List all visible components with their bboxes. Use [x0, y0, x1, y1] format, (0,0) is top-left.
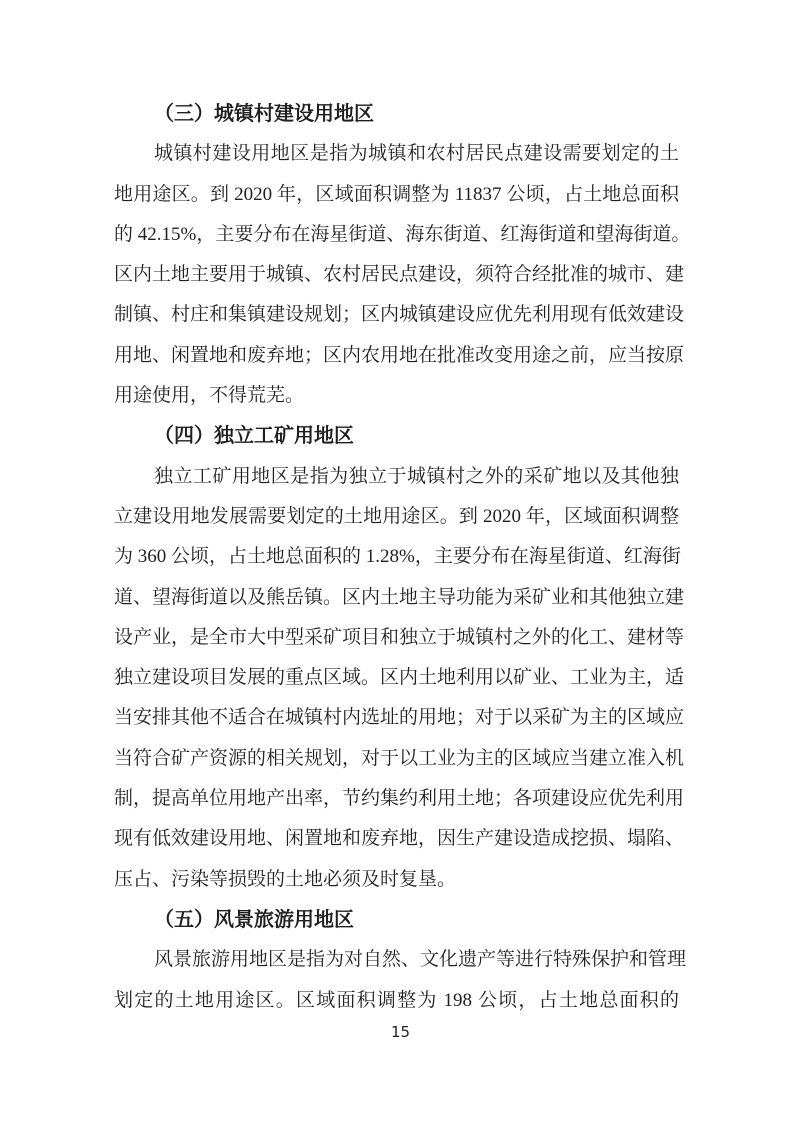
- paragraph-line: 制，提高单位用地产出率，节约集约利用土地；各项建设应优先利用: [114, 779, 679, 819]
- section-heading: （四）独立工矿用地区: [114, 416, 679, 456]
- paragraph-line: 当符合矿产资源的相关规划，对于以工业为主的区域应当建立准入机: [114, 739, 679, 779]
- paragraph-line: 道、望海街道以及熊岳镇。区内土地主导功能为采矿业和其他独立建: [114, 578, 679, 618]
- paragraph-line: 制镇、村庄和集镇建设规划；区内城镇建设应优先利用现有低效建设: [114, 295, 679, 335]
- paragraph-line: 独立工矿用地区是指为独立于城镇村之外的采矿地以及其他独: [114, 457, 679, 497]
- paragraph-line: 现有低效建设用地、闲置地和废弃地，因生产建设造成挖损、塌陷、: [114, 819, 679, 859]
- paragraph-line: 城镇村建设用地区是指为城镇和农村居民点建设需要划定的土: [114, 134, 679, 174]
- paragraph-line: 为 360 公顷，占土地总面积的 1.28%，主要分布在海星街道、红海街: [114, 537, 679, 577]
- paragraph-line: 设产业，是全市大中型采矿项目和独立于城镇村之外的化工、建材等: [114, 618, 679, 658]
- document-content: （三）城镇村建设用地区城镇村建设用地区是指为城镇和农村居民点建设需要划定的土地用…: [114, 94, 679, 1021]
- paragraph-line: 立建设用地发展需要划定的土地用途区。到 2020 年，区域面积调整: [114, 497, 679, 537]
- section-heading: （五）风景旅游用地区: [114, 900, 679, 940]
- paragraph-line: 用途使用，不得荒芜。: [114, 376, 679, 416]
- paragraph-line: 风景旅游用地区是指为对自然、文化遗产等进行特殊保护和管理: [114, 940, 679, 980]
- paragraph-line: 划定的土地用途区。区域面积调整为 198 公顷，占土地总面积的: [114, 981, 679, 1021]
- page-number: 15: [8, 1022, 793, 1042]
- paragraph-line: 区内土地主要用于城镇、农村居民点建设，须符合经批准的城市、建: [114, 255, 679, 295]
- paragraph-line: 用地、闲置地和废弃地；区内农用地在批准改变用途之前，应当按原: [114, 336, 679, 376]
- paragraph-line: 的 42.15%，主要分布在海星街道、海东街道、红海街道和望海街道。: [114, 215, 679, 255]
- paragraph-line: 当安排其他不适合在城镇村内选址的用地；对于以采矿为主的区域应: [114, 698, 679, 738]
- section-heading: （三）城镇村建设用地区: [114, 94, 679, 134]
- paragraph-line: 压占、污染等损毁的土地必须及时复垦。: [114, 860, 679, 900]
- document-page: （三）城镇村建设用地区城镇村建设用地区是指为城镇和农村居民点建设需要划定的土地用…: [0, 0, 793, 1122]
- paragraph-line: 地用途区。到 2020 年，区域面积调整为 11837 公顷，占土地总面积: [114, 175, 679, 215]
- paragraph-line: 独立建设项目发展的重点区域。区内土地利用以矿业、工业为主，适: [114, 658, 679, 698]
